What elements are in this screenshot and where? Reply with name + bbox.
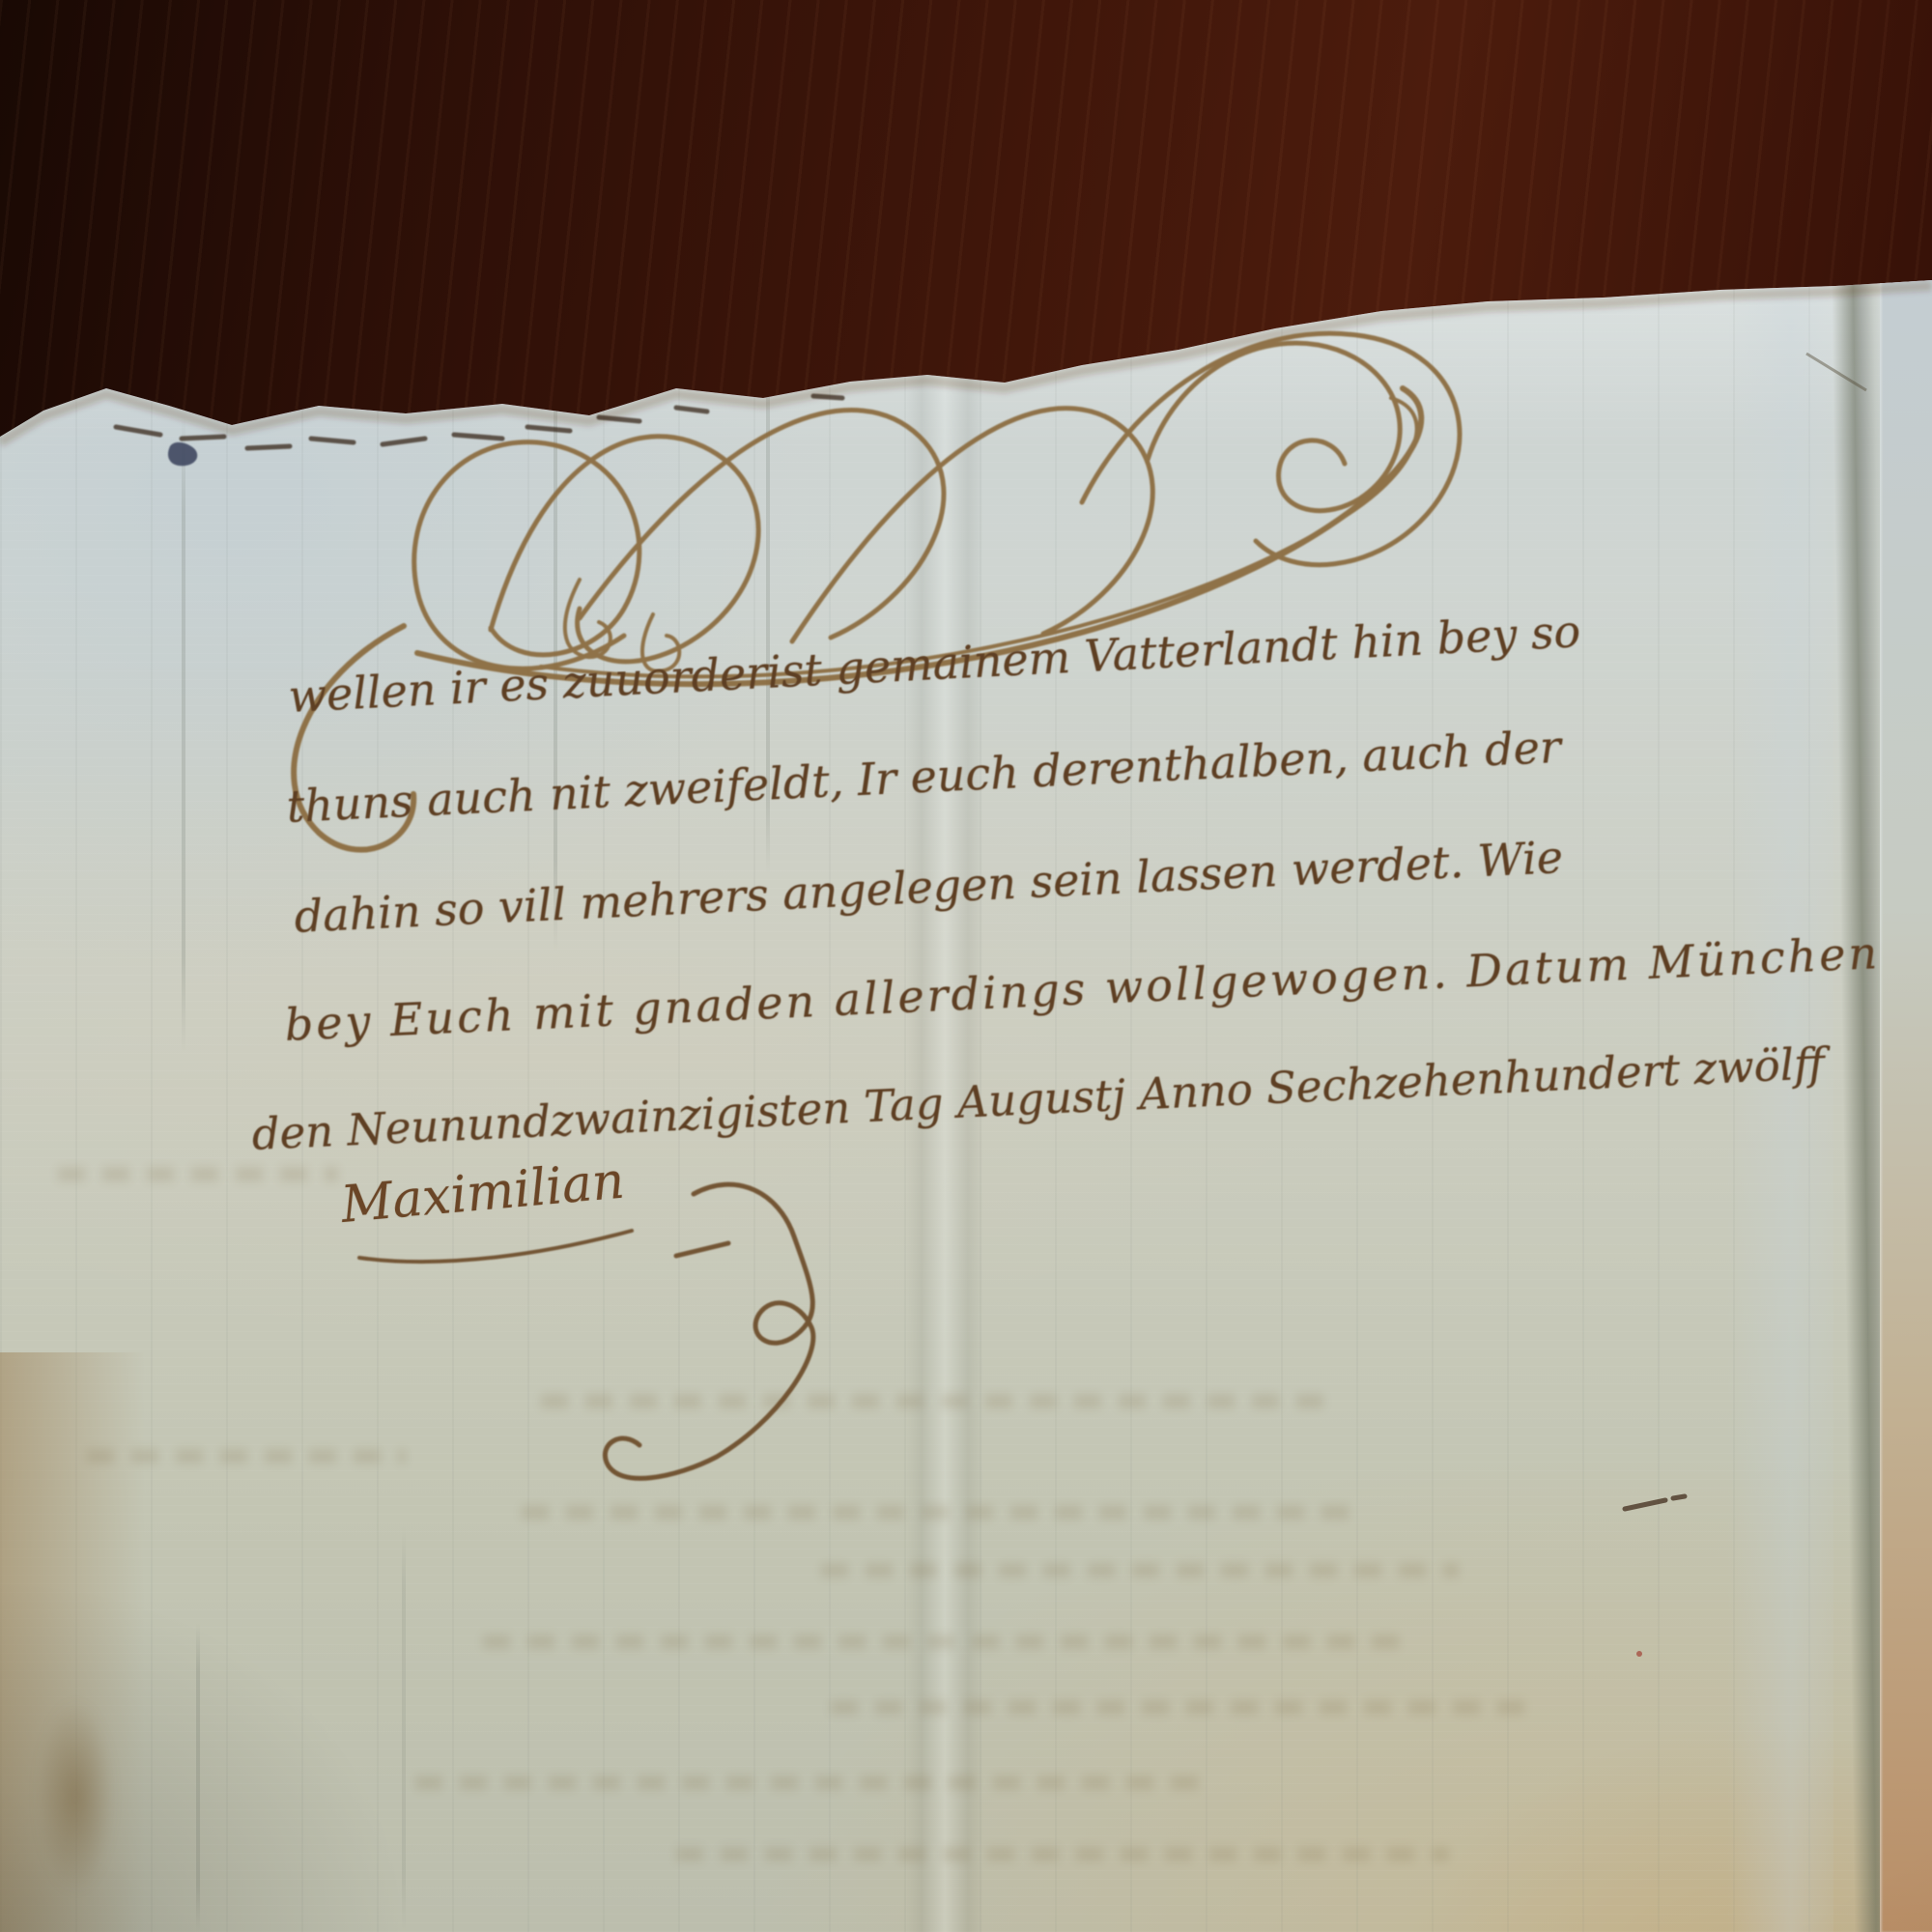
vertical-crease — [554, 343, 557, 952]
vertical-crease — [182, 415, 185, 1053]
left-edge-blotch — [37, 1700, 114, 1893]
show-through-text — [541, 1394, 1333, 1408]
show-through-text — [522, 1505, 1352, 1520]
show-through-text — [821, 1563, 1459, 1577]
show-through-text — [831, 1700, 1526, 1715]
show-through-text — [676, 1847, 1449, 1861]
show-through-text — [415, 1776, 1207, 1790]
vertical-crease — [402, 1526, 406, 1932]
show-through-text — [58, 1167, 338, 1181]
show-through-text — [87, 1449, 406, 1463]
photo-of-manuscript: wellen ir es zuuorderist gemainem Vatter… — [0, 0, 1932, 1932]
page-edge-light-band — [1727, 286, 1833, 1932]
stained-page-edge — [1880, 278, 1932, 1932]
vertical-crease — [196, 1623, 200, 1932]
show-through-text — [483, 1634, 1401, 1649]
